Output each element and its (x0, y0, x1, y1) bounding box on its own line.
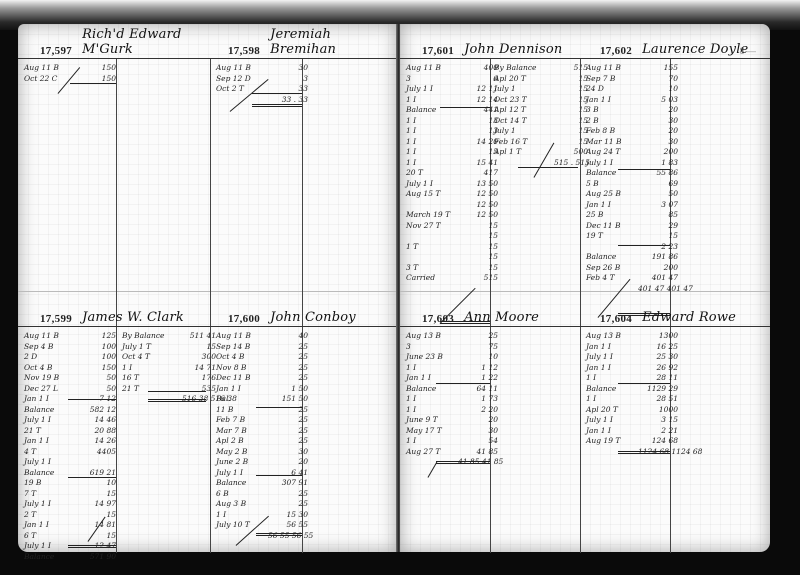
entry-date: July 1 I (24, 415, 76, 426)
ledger-entry: Aug 11 B150 (24, 63, 116, 74)
entry-amount: 13 (458, 116, 498, 127)
entry-amount: 6 41 (268, 468, 308, 479)
entry-amount: 100 (76, 342, 116, 353)
entry-amount: 1 50 (268, 384, 308, 395)
account-number: 17,604 (578, 313, 632, 325)
entry-date: June 2 B (216, 457, 268, 468)
entry-date (586, 242, 638, 253)
entry-amount: 15 (458, 252, 498, 263)
entry-date: Aug 27 T (406, 447, 458, 458)
entry-date (406, 231, 458, 242)
entry-date: July 1 I (216, 468, 268, 479)
entry-date: Jan 1 I (24, 436, 76, 447)
entry-date: Aug 3 B (216, 499, 268, 510)
entry-amount: 582 12 (76, 405, 116, 416)
entry-date: July 1 I (586, 158, 638, 169)
debit-entries: Aug 11 B155Sep 7 B70 24 D10Jan 1 I5 03 3… (586, 63, 678, 294)
entry-date: 3 T (406, 263, 458, 274)
entry-date: Aug 11 B (216, 63, 268, 74)
entry-date: Jan 1 I (586, 95, 638, 106)
ledger-entry: 2 B30 (586, 116, 678, 127)
ledger-entry: Oct 4 B150 (24, 363, 116, 374)
entry-date: Carried (406, 273, 458, 284)
ledger-entry: July 1 I6 41 (216, 468, 308, 479)
entry-amount: 15 (76, 531, 116, 542)
ledger-entry: 3 B20 (586, 105, 678, 116)
entry-date: Jan 1 I (24, 520, 76, 531)
entry-amount: 191 86 (638, 252, 678, 263)
entry-date: Aug 11 B (24, 331, 76, 342)
account-holder-name: Ann Moore (464, 310, 539, 325)
ledger-entry: Nov 27 T15 (406, 221, 498, 232)
debit-entries: Aug 11 B150Oct 22 C150 (24, 63, 116, 84)
ledger-entry: July 115 (494, 126, 588, 137)
entry-date: Bal. (216, 394, 268, 405)
ledger-entry: July 115 (494, 84, 588, 95)
entry-date: Oct 4 B (216, 352, 268, 363)
entry-amount: 1000 (638, 405, 678, 416)
ledger-entry: 6 B25 (216, 489, 308, 500)
ledger-entry: 19 T15 (586, 231, 678, 242)
entry-amount: 30 (638, 116, 678, 127)
ledger-entry: Jan 1 I1 22 (406, 373, 498, 384)
ledger-entry: Apl 20 T1000 (586, 405, 678, 416)
account-number: 17,602 (578, 45, 632, 57)
entry-date: July 1 (494, 126, 554, 137)
entry-amount: 15 (76, 510, 116, 521)
entry-date: 3 (406, 74, 458, 85)
entry-date: Jan 1 I (586, 363, 638, 374)
entry-date: Jan 1 I (586, 426, 638, 437)
entry-date: Dec 11 B (216, 373, 268, 384)
ledger-entry: Aug 24 T200 (586, 147, 678, 158)
account-17598: 17,598 Jeremiah Bremihan Aug 11 B30Sep 1… (206, 58, 397, 329)
entry-date: Aug 11 B (24, 63, 76, 74)
entry-amount: 15 (458, 242, 498, 253)
entry-amount: 25 (268, 352, 308, 363)
entry-date: 5 B (586, 179, 638, 190)
account-holder-name: Jeremiah Bremihan (270, 27, 397, 57)
entry-date: 1 I (406, 137, 458, 148)
entry-amount: 3 15 (638, 415, 678, 426)
entry-date: Dec 27 L (24, 384, 76, 395)
ledger-entry: Balance571 90 (24, 552, 116, 563)
entry-amount: 30 (458, 426, 498, 437)
ledger-entry: By Balance515 (494, 63, 588, 74)
ledger-entry: 1 I28 11 (586, 373, 678, 384)
ledger-entry: 1 I14 20 (406, 137, 498, 148)
entry-amount: 14 46 (76, 415, 116, 426)
entry-amount: 25 30 (638, 352, 678, 363)
account-17597: 17,597 Rich'd Edward M'Gurk Aug 11 B150O… (18, 58, 206, 329)
account-holder-name: John Conboy (270, 310, 356, 325)
account-holder-name: Laurence Doyle (642, 42, 748, 57)
entry-date: 19 B (24, 478, 76, 489)
entry-amount: 15 (76, 489, 116, 500)
debit-entries: Aug 13 B1300Jan 1 I16 25July 1 I25 30Jan… (586, 331, 678, 457)
entry-amount: 10 (76, 478, 116, 489)
entry-amount: 3 07 (638, 200, 678, 211)
entry-date: Aug 19 T (586, 436, 638, 447)
entry-date: Aug 24 T (586, 147, 638, 158)
ledger-entry: 1 I12 14 (406, 95, 498, 106)
entry-date: Nov 19 B (24, 373, 76, 384)
ledger-entry: Balance582 12 (24, 405, 116, 416)
entry-amount: 100 (76, 352, 116, 363)
ledger-entry: June 23 B10 (406, 352, 498, 363)
ledger-entry: Feb 7 B25 (216, 415, 308, 426)
entry-date: 1 I (406, 436, 458, 447)
ledger-entry: 19 B10 (24, 478, 116, 489)
account-holder-name: James W. Clark (82, 310, 184, 325)
ledger-entry: July 1 I14 46 (24, 415, 116, 426)
entry-date: 1 I (406, 363, 458, 374)
entry-amount: 30 (638, 137, 678, 148)
entry-date: Jan 1 I (586, 200, 638, 211)
entry-date: 2 B (586, 116, 638, 127)
ledger-entry: 3 T15 (406, 263, 498, 274)
entry-amount: 12 11 (458, 84, 498, 95)
entry-date: 1 I (122, 363, 182, 374)
entry-amount: 150 (76, 63, 116, 74)
entry-amount: 50 (638, 189, 678, 200)
entry-amount: 1 22 (458, 373, 498, 384)
account-number: 17,598 (206, 45, 260, 57)
entry-amount: 124 68 (638, 436, 678, 447)
ledger-entry: Jan 1 I14 26 (24, 436, 116, 447)
entry-amount: 25 (268, 363, 308, 374)
entry-date: 24 D (586, 84, 638, 95)
ledger-entry: Apl 12 T15 (494, 105, 588, 116)
ledger-entry: Aug 11 B125 (24, 331, 116, 342)
entry-amount: 12 50 (458, 189, 498, 200)
entry-date: Apl 20 T (586, 405, 638, 416)
entry-amount: 15 (458, 221, 498, 232)
entry-date: 1 T (406, 242, 458, 253)
entry-date: 1 I (406, 147, 458, 158)
ledger-entry: Balance307 91 (216, 478, 308, 489)
ledger-entry: 1 I13 (406, 116, 498, 127)
ledger-entry: 6 T15 (24, 531, 116, 542)
ledger-entry: Nov 8 B25 (216, 363, 308, 374)
debit-entries: Aug 13 B25 375June 23 B10 1 I1 12Jan 1 I… (406, 331, 498, 468)
account-holder-name: Rich'd Edward M'Gurk (82, 27, 206, 57)
entry-amount: 13 50 (458, 179, 498, 190)
entry-amount: 25 (268, 489, 308, 500)
ledger-entry: 1 I2 20 (406, 405, 498, 416)
entry-date: Mar 11 B (586, 137, 638, 148)
entry-amount: 12 50 (458, 210, 498, 221)
entry-amount: 25 (268, 415, 308, 426)
entry-date: 1 I (586, 373, 638, 384)
ledger-entry: Mar 7 B25 (216, 426, 308, 437)
ledger-entry: Sep 7 B70 (586, 74, 678, 85)
entry-amount: 25 (268, 342, 308, 353)
entry-date: May 17 T (406, 426, 458, 437)
entry-date: Oct 4 B (24, 363, 76, 374)
ledger-entry: Jan 1 I2 21 (586, 426, 678, 437)
entry-date: Balance (24, 405, 76, 416)
entry-amount: 26 92 (638, 363, 678, 374)
entry-amount: 4405 (76, 447, 116, 458)
ledger-entry: Oct 23 T15 (494, 95, 588, 106)
ledger-entry: Balance1129 29 (586, 384, 678, 395)
entry-amount: 10 (638, 84, 678, 95)
ledger-entry: Aug 11 B30 (216, 63, 308, 74)
entry-date: Aug 15 T (406, 189, 458, 200)
entry-amount: 50 (76, 373, 116, 384)
entry-amount: 64 11 (458, 384, 498, 395)
entry-date: 2 D (24, 352, 76, 363)
ledger-entry: July 1 I12 11 (406, 84, 498, 95)
ledger-entry: Balance191 86 (586, 252, 678, 263)
ledger-entry: 4 T4405 (24, 447, 116, 458)
entry-amount: 85 (638, 210, 678, 221)
entry-amount: 15 (458, 263, 498, 274)
credit-entries: By Balance511 41July 1 T15Oct 4 T300 1 I… (122, 331, 216, 405)
entry-date: Aug 11 B (216, 331, 268, 342)
entry-amount: 25 (268, 436, 308, 447)
ledger-entry: 1 I14 71 (122, 363, 216, 374)
entry-amount: 15 (638, 231, 678, 242)
ledger-entry: Oct 4 B25 (216, 352, 308, 363)
entry-amount: 515 (458, 273, 498, 284)
debit-entries: Aug 11 B125Sep 4 B100 2 D100Oct 4 B150No… (24, 331, 116, 562)
ledger-entry: 1 I15 (406, 147, 498, 158)
entry-amount: 16 25 (638, 342, 678, 353)
ledger-entry: Bal.151 50 (216, 394, 308, 405)
entry-amount: 155 (638, 63, 678, 74)
entry-amount: 307 91 (268, 478, 308, 489)
ledger-entry: Aug 25 B50 (586, 189, 678, 200)
entry-amount: 6 (458, 74, 498, 85)
account-holder-name: John Dennison (464, 42, 562, 57)
entry-date: Jan 1 I (216, 384, 268, 395)
entry-date: 1 I (406, 158, 458, 169)
entry-amount: 12 50 (458, 200, 498, 211)
ledger-entry: 15 (406, 231, 498, 242)
entry-amount: 2 21 (638, 426, 678, 437)
ledger-entry: 2 23 (586, 242, 678, 253)
ledger-entry: May 2 B30 (216, 447, 308, 458)
ledger-entry: 401 47 401 47 (586, 284, 678, 295)
entry-date: 6 B (216, 489, 268, 500)
ledger-entry: 1 T15 (406, 242, 498, 253)
ledger-entry: Jan 1 I16 25 (586, 342, 678, 353)
entry-amount: 571 90 (76, 552, 116, 563)
entry-date: Feb 8 B (586, 126, 638, 137)
entry-amount: 200 (638, 147, 678, 158)
entry-amount: 70 (638, 74, 678, 85)
entry-date: By Balance (122, 331, 182, 342)
account-17603: 17,603 Ann Moore Aug 13 B25 375June 23 B… (400, 326, 578, 553)
entry-date: Jan 1 I (586, 342, 638, 353)
ledger-entry: Oct 14 T15 (494, 116, 588, 127)
ledger-entry: Carried515 (406, 273, 498, 284)
entry-amount: 40 (268, 331, 308, 342)
ledger-page-left: 17,597 Rich'd Edward M'Gurk Aug 11 B150O… (18, 24, 397, 552)
entry-date: July 1 I (24, 457, 76, 468)
entry-date: Feb 7 B (216, 415, 268, 426)
entry-amount: 2 23 (638, 242, 678, 253)
ledger-entry: Nov 19 B50 (24, 373, 116, 384)
account-17604: 17,604 Edward Rowe Aug 13 B1300Jan 1 I16… (578, 326, 770, 553)
entry-date: Nov 8 B (216, 363, 268, 374)
entry-amount: 30 (268, 447, 308, 458)
entry-amount: 28 11 (638, 373, 678, 384)
ledger-entry: Apl 20 T15 (494, 74, 588, 85)
debit-entries: Aug 11 B400 36July 1 I12 11 1 I12 14Bala… (406, 63, 498, 284)
entry-date: June 9 T (406, 415, 458, 426)
ledger-entry: 1 I54 (406, 436, 498, 447)
entry-amount: 15 41 (458, 158, 498, 169)
account-17599: 17,599 James W. Clark Aug 11 B125Sep 4 B… (18, 326, 206, 553)
entry-date: Oct 4 T (122, 352, 182, 363)
ledger-entry: 1 I15 41 (406, 158, 498, 169)
ledger-entry: Feb 8 B20 (586, 126, 678, 137)
entry-date: May 2 B (216, 447, 268, 458)
ledger-entry: Aug 11 B155 (586, 63, 678, 74)
entry-date: 1 I (406, 126, 458, 137)
entry-date: Aug 13 B (586, 331, 638, 342)
ledger-entry: May 17 T30 (406, 426, 498, 437)
ledger-entry: July 1 I1 83 (586, 158, 678, 169)
entry-amount: 200 (638, 263, 678, 274)
entry-date: July 1 I (406, 84, 458, 95)
entry-date: Sep 12 D (216, 74, 268, 85)
ledger-entry: 25 B85 (586, 210, 678, 221)
entry-amount: 13 (458, 126, 498, 137)
ledger-entry: Feb 16 T15 (494, 137, 588, 148)
entry-date: 1 I (586, 394, 638, 405)
entry-date (406, 252, 458, 263)
ledger-entry: Mar 11 B30 (586, 137, 678, 148)
entry-amount: 15 (458, 147, 498, 158)
entry-date: March 19 T (406, 210, 458, 221)
ledger-entry: Dec 11 B25 (216, 373, 308, 384)
entry-amount: 20 (638, 105, 678, 116)
account-17601: 17,601 John Dennison Aug 11 B400 36July … (400, 58, 578, 329)
entry-amount: 1129 29 (638, 384, 678, 395)
ledger-entry: Sep 4 B100 (24, 342, 116, 353)
ledger-entry: 1 I28 51 (586, 394, 678, 405)
entry-amount: 400 (458, 63, 498, 74)
ledger-entry: July 1 I14 97 (24, 499, 116, 510)
ledger-entry: 2 D100 (24, 352, 116, 363)
ledger-entry: June 2 B20 (216, 457, 308, 468)
ledger-entry: Jan 1 I5 03 (586, 95, 678, 106)
ledger-entry: July 1 I25 30 (586, 352, 678, 363)
entry-date: 1 I (406, 95, 458, 106)
ledger-entry: Jan 1 I3 07 (586, 200, 678, 211)
entry-date: Aug 25 B (586, 189, 638, 200)
ledger-entry: 20 T417 (406, 168, 498, 179)
entry-amount: 25 (458, 331, 498, 342)
ledger-entry: Oct 4 T300 (122, 352, 216, 363)
entry-date: June 23 B (406, 352, 458, 363)
ledger-entry: 12 50 (406, 200, 498, 211)
ledger-entry: Dec 27 L50 (24, 384, 116, 395)
entry-date: Sep 14 B (216, 342, 268, 353)
entry-date: Apl 20 T (494, 74, 554, 85)
ledger-entry: Aug 13 B25 (406, 331, 498, 342)
ledger-page-right: 8 — 17,601 John Dennison Aug 11 B400 36J… (400, 24, 770, 552)
entry-amount: 25 (268, 426, 308, 437)
entry-date: Balance (586, 252, 638, 263)
entry-date: July 1 T (122, 342, 182, 353)
account-number: 17,603 (400, 313, 454, 325)
entry-amount: 15 (458, 231, 498, 242)
entry-date: Apl 2 B (216, 436, 268, 447)
entry-date: 1 I (406, 405, 458, 416)
debit-entries: Aug 11 B40Sep 14 B25Oct 4 B25Nov 8 B25De… (216, 331, 308, 541)
ledger-entry: Aug 27 T41 85 (406, 447, 498, 458)
entry-date: July 1 I (586, 415, 638, 426)
entry-date: 1 I (406, 116, 458, 127)
account-number: 17,601 (400, 45, 454, 57)
entry-amount: 14 26 (76, 436, 116, 447)
account-17602: 17,602 Laurence Doyle Aug 11 B155Sep 7 B… (578, 58, 770, 329)
entry-date (586, 284, 638, 295)
entry-date: Apl 12 T (494, 105, 554, 116)
entry-amount: 28 51 (638, 394, 678, 405)
ledger-entry: 375 (406, 342, 498, 353)
entry-date: Balance (586, 384, 638, 395)
entry-amount: 14 20 (458, 137, 498, 148)
ledger-entry: Dec 11 B29 (586, 221, 678, 232)
entry-amount: 14 97 (76, 499, 116, 510)
ledger-entry: By Balance511 41 (122, 331, 216, 342)
ledger-entry: 5 B69 (586, 179, 678, 190)
ledger-entry: Feb 4 T401 47 (586, 273, 678, 284)
entry-amount: 2 20 (458, 405, 498, 416)
account-number: 17,599 (18, 313, 72, 325)
entry-amount: 125 (76, 331, 116, 342)
entry-date: July 1 I (24, 499, 76, 510)
entry-amount: 30 (268, 63, 308, 74)
entry-amount: 20 88 (76, 426, 116, 437)
ledger-entry: 1 I13 (406, 126, 498, 137)
ledger-entry: July 1 I3 15 (586, 415, 678, 426)
ledger-entry: Aug 3 B25 (216, 499, 308, 510)
entry-date: Mar 7 B (216, 426, 268, 437)
entry-amount: 29 (638, 221, 678, 232)
credit-entries: By Balance515Apl 20 T15July 115Oct 23 T1… (494, 63, 588, 168)
account-number: 17,600 (206, 313, 260, 325)
entry-amount: 56 55 (268, 520, 308, 531)
ledger-entry: Apl 1 T500 (494, 147, 588, 158)
entry-date: Sep 7 B (586, 74, 638, 85)
entry-date: Nov 27 T (406, 221, 458, 232)
entry-date: Balance (24, 552, 76, 563)
entry-date: 7 T (24, 489, 76, 500)
account-number: 17,597 (18, 45, 72, 57)
entry-amount (76, 457, 116, 468)
entry-date: 1 I (406, 394, 458, 405)
ledger-entry: Aug 11 B40 (216, 331, 308, 342)
ledger-entry: Apl 2 B25 (216, 436, 308, 447)
ledger-entry: July 1 T15 (122, 342, 216, 353)
ledger-entry: Aug 15 T12 50 (406, 189, 498, 200)
entry-date: By Balance (494, 63, 554, 74)
ledger-entry: 7 T15 (24, 489, 116, 500)
entry-amount: 10 (458, 352, 498, 363)
ledger-entry: Aug 19 T124 68 (586, 436, 678, 447)
entry-amount: 5 03 (638, 95, 678, 106)
entry-amount: 25 (268, 499, 308, 510)
entry-date: Feb 4 T (586, 273, 638, 284)
entry-amount: 151 50 (268, 394, 308, 405)
